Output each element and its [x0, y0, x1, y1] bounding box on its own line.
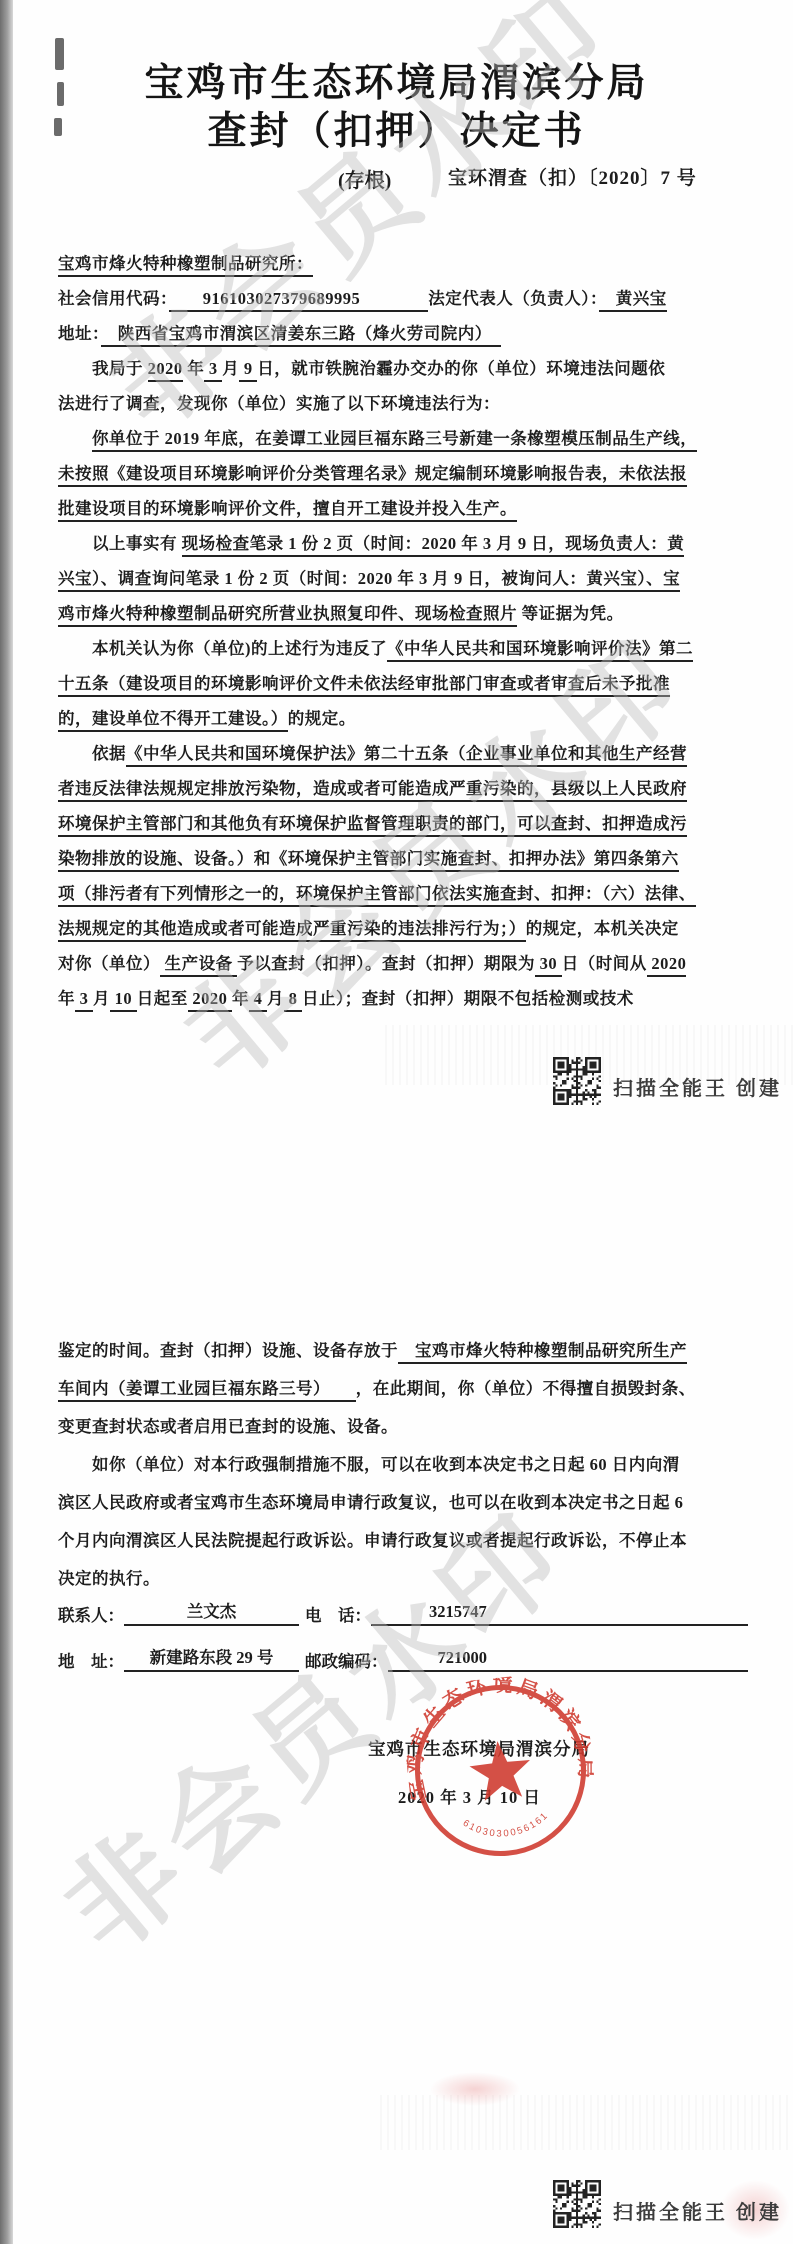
- text-line: 我局于 2020 年 3 月 9 日，就市铁腕治霾办交办的你（单位）环境违法问题…: [58, 351, 750, 386]
- stub-label: (存根): [338, 164, 391, 193]
- contact-label: 联系人：: [58, 1602, 124, 1626]
- text-line: 你单位于 2019 年底，在姜谭工业园巨福东路三号新建一条橡塑模压制品生产线，: [58, 421, 750, 456]
- text-line: 本机关认为你（单位)的上述行为违反了《中华人民共和国环境影响评价法》第二: [58, 631, 750, 666]
- text-line: 车间内（姜谭工业园巨福东路三号） ，在此期间，你（单位）不得擅自损毁封条、: [58, 1370, 750, 1408]
- text-line: 法进行了调查，发现你（单位）实施了以下环境违法行为：: [58, 386, 750, 421]
- phone-label: 电 话：: [305, 1602, 371, 1626]
- page1-body: 宝鸡市烽火特种橡塑制品研究所：社会信用代码： 91610302737968999…: [58, 246, 750, 1016]
- scan-edge-strip: [0, 0, 13, 2244]
- text-line: 个月内向渭滨区人民法院提起行政诉讼。申请行政复议或者提起行政诉讼，不停止本: [58, 1522, 750, 1560]
- text-line: 宝鸡市烽火特种橡塑制品研究所：: [58, 246, 750, 281]
- text-line: 的，建设单位不得开工建设。）的规定。: [58, 701, 750, 736]
- svg-text:6103030056161: 6103030056161: [460, 1809, 553, 1844]
- scanner-app-caption: 扫描全能王 创建: [613, 1072, 782, 1101]
- text-line: 法规规定的其他造成或者可能造成严重污染的违法排污行为；）的规定，本机关决定: [58, 911, 750, 946]
- contact-name: 兰文杰: [124, 1598, 299, 1626]
- text-line: 年 3 月 10 日起至 2020 年 4 月 8 日止）；查封（扣押）期限不包…: [58, 981, 750, 1016]
- document-number: 宝环渭查（扣）〔2020〕7 号: [448, 163, 697, 190]
- official-seal-stamp: 宝鸡市生态环境局渭滨分局 6103030056161: [399, 1669, 602, 1872]
- text-line: 社会信用代码： 916103027379689995 法定代表人（负责人）： 黄…: [58, 281, 750, 316]
- text-line: 依据《中华人民共和国环境保护法》第二十五条（企业事业单位和其他生产经营: [58, 736, 750, 771]
- scanned-document: 非会员水印 非会员水印 非会员水印 宝鸡市生态环境局渭滨分局 查封（扣押）决定书…: [0, 0, 793, 2244]
- text-line: 以上事实有 现场检查笔录 1 份 2 页（时间：2020 年 3 月 9 日，现…: [58, 526, 750, 561]
- text-line: 地址： 陕西省宝鸡市渭滨区清姜东三路（烽火劳司院内）: [58, 316, 750, 351]
- text-line: 如你（单位）对本行政强制措施不服，可以在收到本决定书之日起 60 日内向渭: [58, 1446, 750, 1484]
- document-title-line2: 查封（扣押）决定书: [0, 100, 793, 156]
- scan-color-bleed: [430, 2072, 520, 2106]
- text-line: 十五条（建设项目的环境影响评价文件未依法经审批部门审查或者审查后未予批准: [58, 666, 750, 701]
- contact-row: 地 址： 新建路东段 29 号 邮政编码： 721000: [58, 1644, 748, 1672]
- page2-body: 鉴定的时间。查封（扣押）设施、设备存放于 宝鸡市烽火特种橡塑制品研究所生产车间内…: [58, 1332, 750, 1598]
- star-icon: [467, 1738, 534, 1802]
- scanner-app-caption: 扫描全能王 创建: [613, 2196, 782, 2225]
- contact-row: 联系人： 兰文杰 电 话： 3215747: [58, 1598, 748, 1626]
- text-line: 对你（单位） 生产设备 予以查封（扣押）。查封（扣押）期限为 30 日（时间从 …: [58, 946, 750, 981]
- stamp-serial: 6103030056161: [460, 1809, 553, 1844]
- scan-smudge: [57, 82, 64, 106]
- qr-code-icon: [553, 2180, 601, 2228]
- text-line: 者违反法律法规规定排放污染物，造成或者可能造成严重污染的，县级以上人民政府: [58, 771, 750, 806]
- postcode-label: 邮政编码：: [305, 1648, 388, 1672]
- postcode-value: 721000: [388, 1648, 749, 1672]
- text-line: 环境保护主管部门和其他负有环境保护监督管理职责的部门，可以查封、扣押造成污: [58, 806, 750, 841]
- scan-smudge: [54, 118, 62, 136]
- text-line: 染物排放的设施、设备。）和《环境保护主管部门实施查封、扣押办法》第四条第六: [58, 841, 750, 876]
- text-line: 滨区人民政府或者宝鸡市生态环境局申请行政复议，也可以在收到本决定书之日起 6: [58, 1484, 750, 1522]
- text-line: 项（排污者有下列情形之一的，环境保护主管部门依法实施查封、扣押：（六）法律、: [58, 876, 750, 911]
- text-line: 鸡市烽火特种橡塑制品研究所营业执照复印件、现场检查照片 等证据为凭。: [58, 596, 750, 631]
- phone-number: 3215747: [371, 1602, 748, 1626]
- text-line: 决定的执行。: [58, 1560, 750, 1598]
- text-line: 鉴定的时间。查封（扣押）设施、设备存放于 宝鸡市烽火特种橡塑制品研究所生产: [58, 1332, 750, 1370]
- address-label: 地 址：: [58, 1648, 124, 1672]
- text-line: 变更查封状态或者启用已查封的设施、设备。: [58, 1408, 750, 1446]
- text-line: 兴宝）、调查询问笔录 1 份 2 页（时间：2020 年 3 月 9 日，被询问…: [58, 561, 750, 596]
- scan-smudge: [55, 38, 64, 70]
- text-line: 批建设项目的环境影响评价文件，擅自开工建设并投入生产。: [58, 491, 750, 526]
- address-value: 新建路东段 29 号: [124, 1644, 299, 1672]
- text-line: 未按照《建设项目环境影响评价分类管理名录》规定编制环境影响报告表，未依法报: [58, 456, 750, 491]
- qr-code-icon: [553, 1057, 601, 1105]
